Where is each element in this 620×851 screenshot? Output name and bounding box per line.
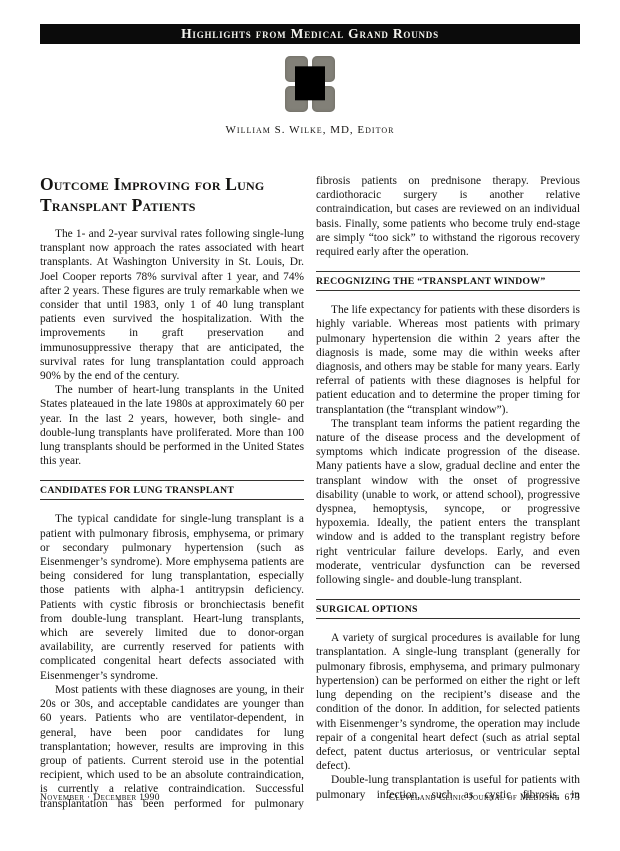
- article-body: Outcome Improving for Lung Transplant Pa…: [40, 174, 580, 811]
- right-column: fibrosis patients on prednisone therapy.…: [316, 174, 580, 811]
- paragraph-survival-rates: The 1- and 2-year survival rates followi…: [40, 227, 304, 383]
- paragraph-contraindications: fibrosis patients on prednisone therapy.…: [316, 174, 580, 259]
- footer-issue-date: November · December 1990: [40, 793, 160, 803]
- paragraph-transplant-team: The transplant team informs the patient …: [316, 417, 580, 587]
- page-footer: November · December 1990 Cleveland Clini…: [40, 793, 580, 803]
- left-column: Outcome Improving for Lung Transplant Pa…: [40, 174, 304, 811]
- section-heading-surgical-options: SURGICAL OPTIONS: [316, 599, 580, 619]
- logo-center-square-icon: [295, 66, 325, 100]
- footer-journal-line: Cleveland Clinic Journal of Medicine673: [389, 793, 580, 803]
- paragraph-transplant-numbers: The number of heart-lung transplants in …: [40, 383, 304, 468]
- paragraph-surgical-procedures: A variety of surgical procedures is avai…: [316, 631, 580, 773]
- journal-page: Highlights from Medical Grand Rounds Wil…: [0, 0, 620, 851]
- paragraph-patient-age: Most patients with these diagnoses are y…: [40, 683, 304, 811]
- section-banner: Highlights from Medical Grand Rounds: [40, 24, 580, 44]
- editor-byline: William S. Wilke, MD, Editor: [0, 124, 620, 136]
- footer-page-number: 673: [565, 793, 580, 803]
- article-title: Outcome Improving for Lung Transplant Pa…: [40, 174, 304, 216]
- footer-journal-name: Cleveland Clinic Journal of Medicine: [389, 793, 560, 803]
- paragraph-life-expectancy: The life expectancy for patients with th…: [316, 303, 580, 417]
- medical-grand-rounds-logo-icon: [285, 56, 335, 112]
- paragraph-typical-candidate: The typical candidate for single-lung tr…: [40, 512, 304, 682]
- section-heading-candidates: CANDIDATES FOR LUNG TRANSPLANT: [40, 480, 304, 500]
- section-heading-transplant-window: RECOGNIZING THE “TRANSPLANT WINDOW”: [316, 271, 580, 291]
